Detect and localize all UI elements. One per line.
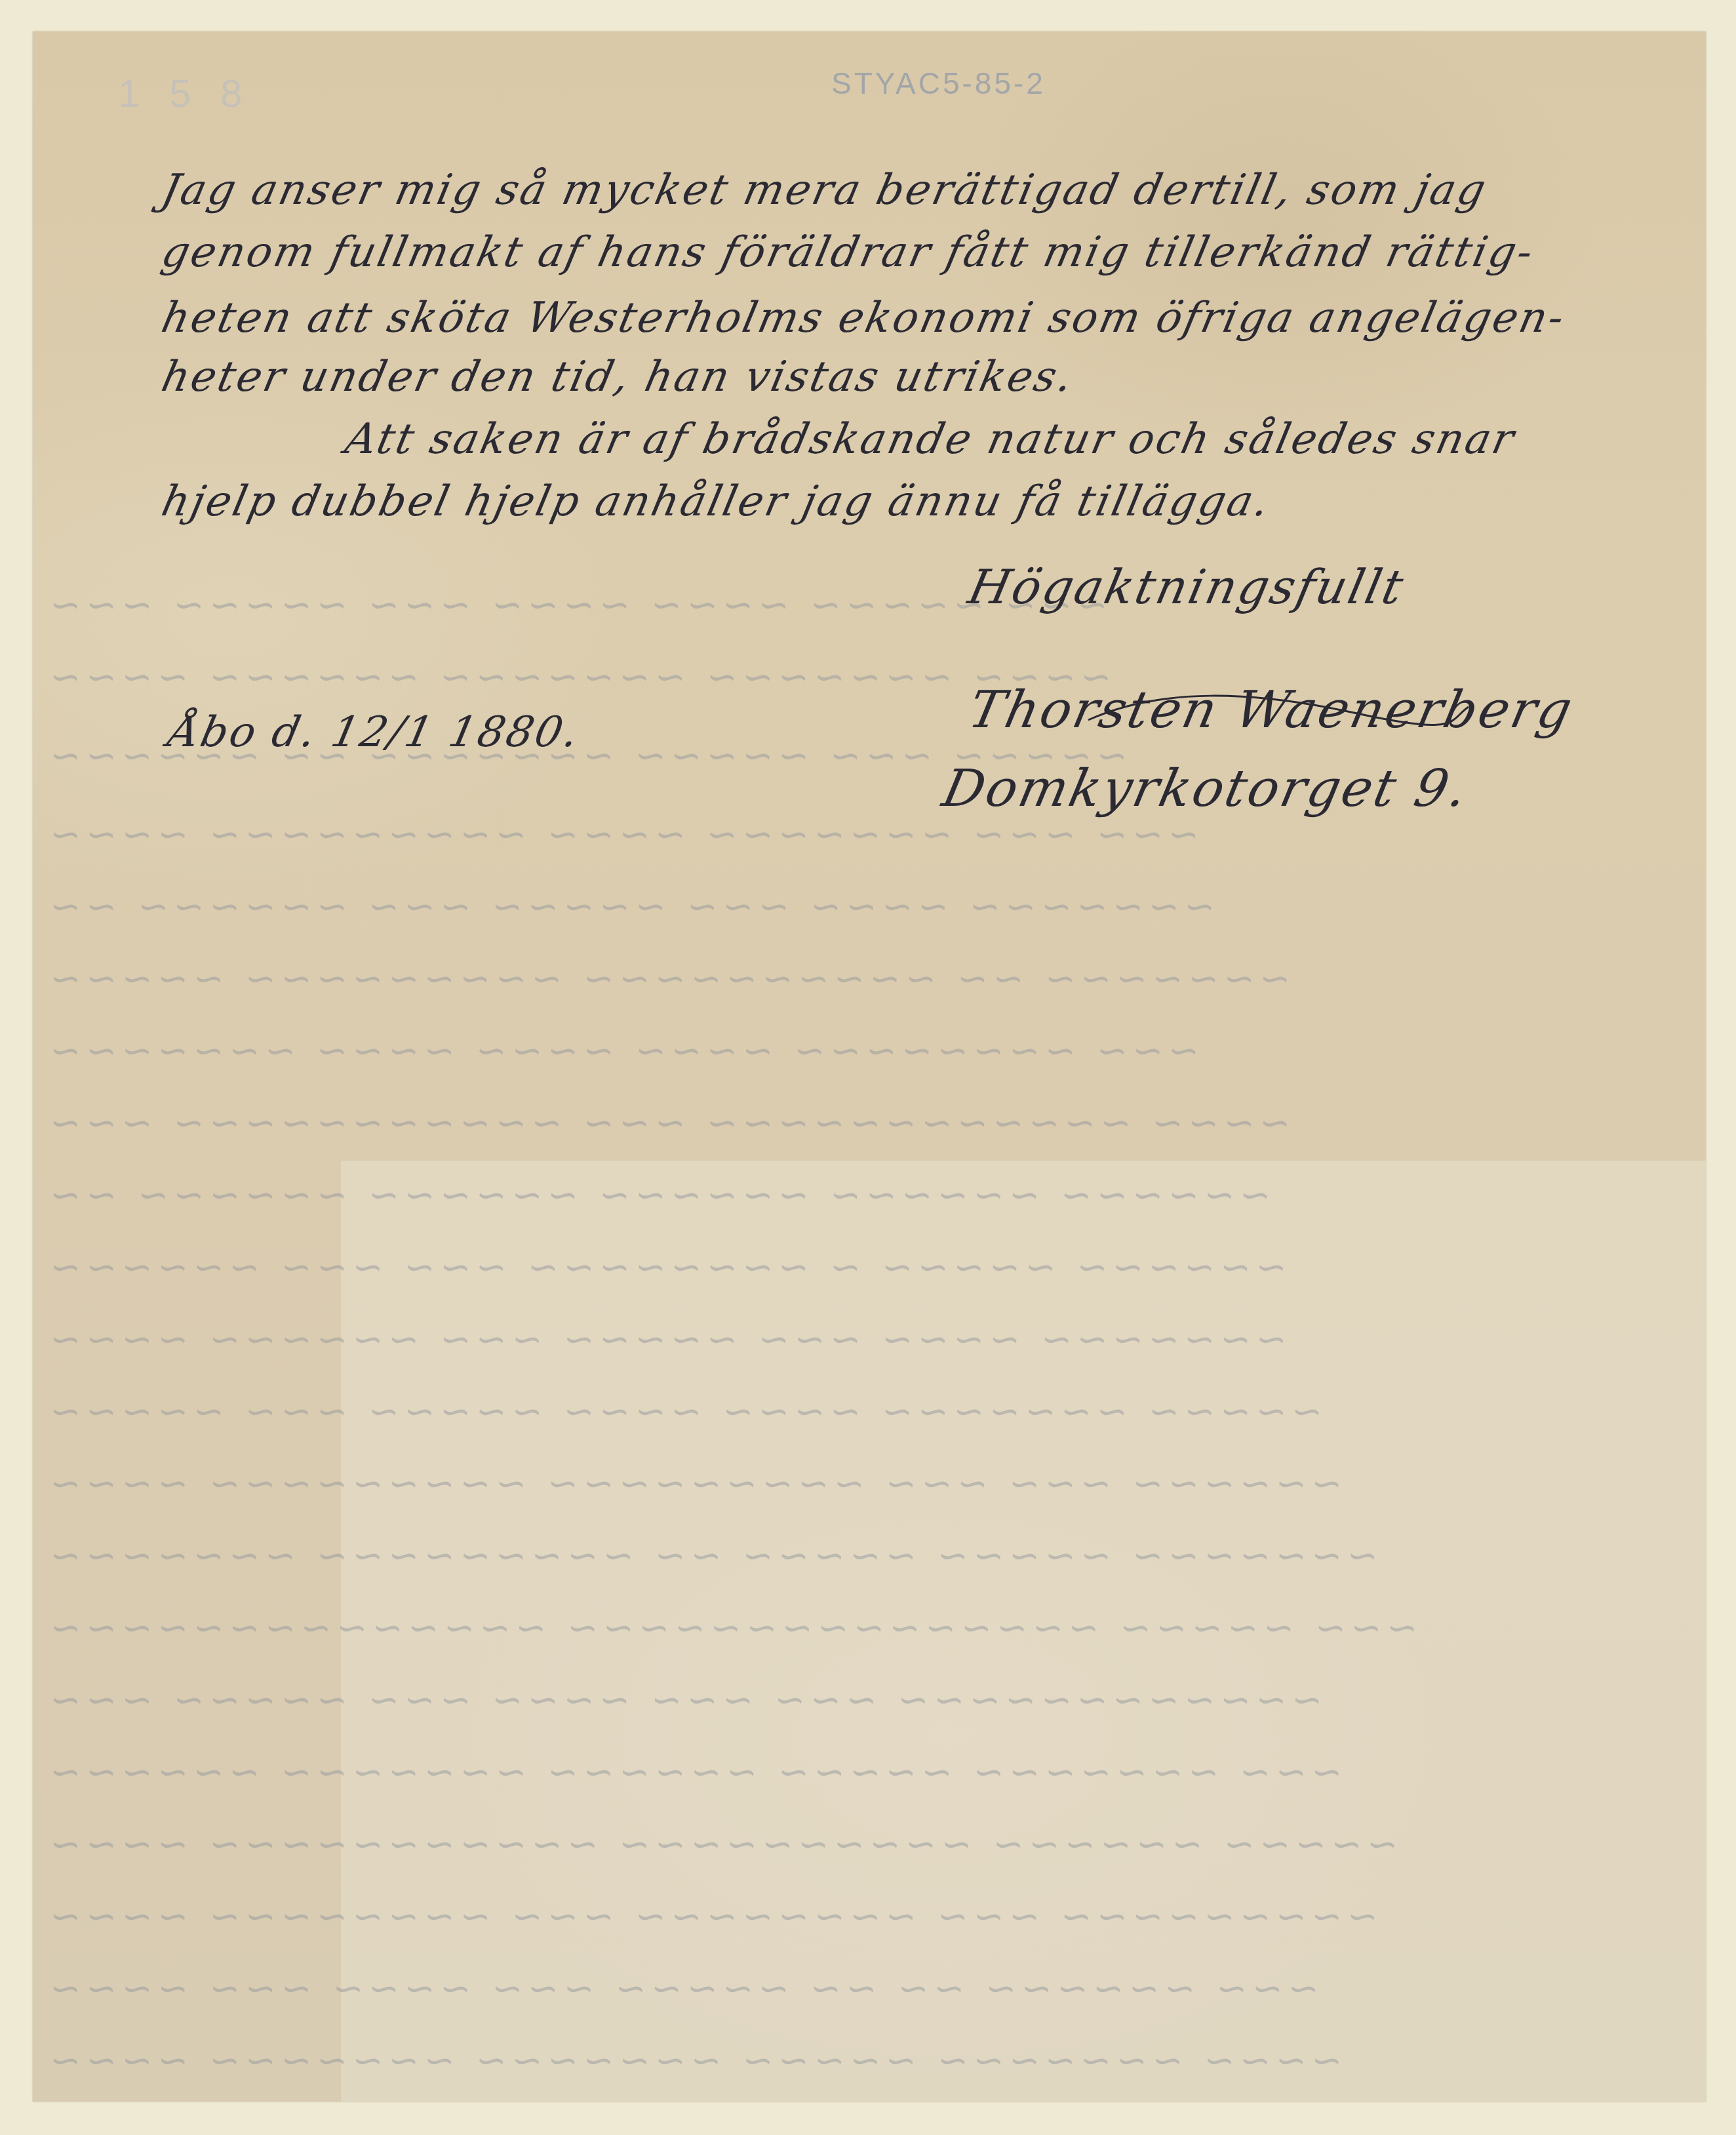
closing-salutation: Högaktningsfullt — [964, 559, 1410, 614]
sender-address: Domkyrkotorget 9. — [937, 759, 1474, 818]
corner-pencil-mark: 1 5 8 — [118, 71, 251, 116]
body-line: Jag anser mig så mycket mera berättigad … — [157, 166, 1491, 214]
archive-reference: STYAC5-85-2 — [831, 66, 1046, 101]
letter-page: ~~~ ~~~~~ ~~~~ ~~~~ ~~~ ~~~~~ ~~~ ~~~~ ~… — [33, 31, 1706, 2102]
signature: Thorsten Waenerberg — [964, 681, 1579, 740]
place-and-date: Åbo d. 12/1 1880. — [164, 708, 585, 757]
body-line: heter under den tid, han vistas utrikes. — [157, 353, 1078, 401]
body-line: Att saken är af brådskande natur och sål… — [341, 415, 1520, 464]
body-line: genom fullmakt af hans föräldrar fått mi… — [157, 228, 1539, 277]
body-line: heten att sköta Westerholms ekonomi som … — [157, 294, 1570, 342]
body-line: hjelp dubbel hjelp anhåller jag ännu få … — [157, 477, 1275, 526]
